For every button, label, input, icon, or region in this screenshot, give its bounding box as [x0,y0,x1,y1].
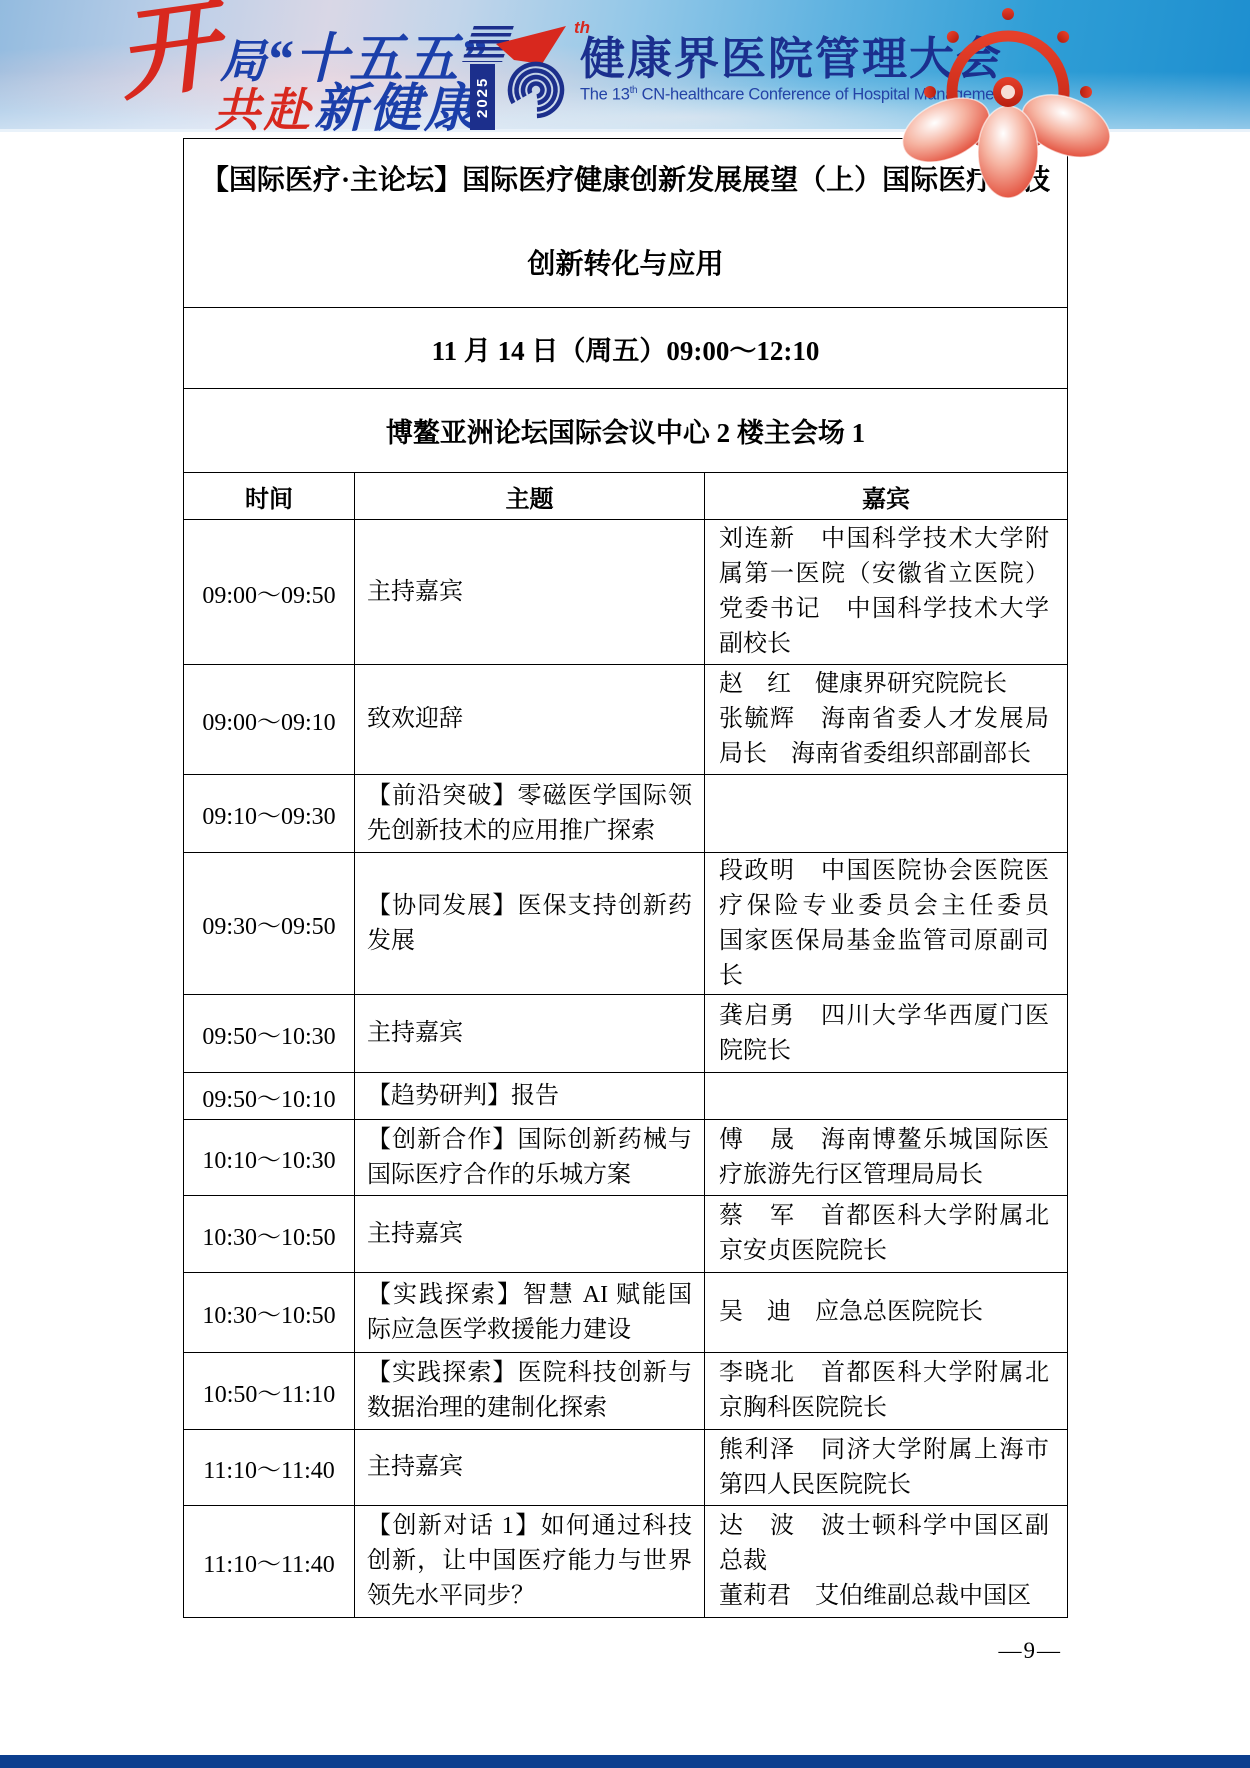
schedule-row: 09:00～09:50主持嘉宾刘连新 中国科学技术大学附属第一医院（安徽省立医院… [184,520,1068,665]
schedule-row: 11:10～11:40主持嘉宾熊利泽 同济大学附属上海市第四人民医院院长 [184,1430,1068,1506]
topic-cell: 【趋势研判】报告 [355,1073,705,1120]
session-venue-row: 博鳌亚洲论坛国际会议中心 2 楼主会场 1 [184,389,1068,473]
guest-cell: 蔡 军 首都医科大学附属北京安贞医院院长 [705,1196,1068,1273]
time-cell: 09:30～09:50 [184,853,355,995]
ship-wheel-flower-icon [882,6,1134,204]
logo-year-tab: 2025 [470,64,495,130]
guest-cell: 熊利泽 同济大学附属上海市第四人民医院院长 [705,1430,1068,1506]
schedule-row: 09:00～09:10致欢迎辞赵 红 健康界研究院院长张毓辉 海南省委人才发展局… [184,665,1068,775]
guest-cell: 李晓北 首都医科大学附属北京胸科医院院长 [705,1353,1068,1430]
session-datetime: 11 月 14 日（周五）09:00～12:10 [184,308,1068,389]
topic-cell: 主持嘉宾 [355,995,705,1073]
topic-cell: 【实践探索】医院科技创新与数据治理的建制化探索 [355,1353,705,1430]
session-venue: 博鳌亚洲论坛国际会议中心 2 楼主会场 1 [184,389,1068,473]
guest-entry: 刘连新 中国科学技术大学附属第一医院（安徽省立医院）党委书记 中国科学技术大学副… [719,522,1049,662]
guest-entry: 达 波 波士顿科学中国区副总裁 [719,1509,1049,1579]
guest-entry: 张毓辉 海南省委人才发展局局长 海南省委组织部副部长 [719,702,1049,772]
topic-cell: 主持嘉宾 [355,520,705,665]
guest-cell: 段政明 中国医院协会医院医疗保险专业委员会主任委员 国家医保局基金监管司原副司长 [705,853,1068,995]
guest-cell: 刘连新 中国科学技术大学附属第一医院（安徽省立医院）党委书记 中国科学技术大学副… [705,520,1068,665]
bottom-bar [0,1755,1250,1768]
schedule-row: 11:10～11:40【创新对话 1】如何通过科技创新，让中国医疗能力与世界领先… [184,1506,1068,1618]
page-number: —9— [999,1638,1063,1664]
guest-entry: 段政明 中国医院协会医院医疗保险专业委员会主任委员 国家医保局基金监管司原副司长 [719,854,1049,994]
schedule-row: 09:10～09:30【前沿突破】零磁医学国际领先创新技术的应用推广探索 [184,775,1068,853]
column-header-time: 时间 [184,473,355,520]
column-header-row: 时间 主题 嘉宾 [184,473,1068,520]
schedule-row: 09:50～10:10【趋势研判】报告 [184,1073,1068,1120]
time-cell: 09:50～10:30 [184,995,355,1073]
guest-cell: 傅 晟 海南博鳌乐城国际医疗旅游先行区管理局局长 [705,1120,1068,1196]
time-cell: 10:10～10:30 [184,1120,355,1196]
topic-cell: 致欢迎辞 [355,665,705,775]
topic-cell: 主持嘉宾 [355,1196,705,1273]
guest-entry: 赵 红 健康界研究院院长 [719,667,1049,702]
schedule-row: 10:50～11:10【实践探索】医院科技创新与数据治理的建制化探索李晓北 首都… [184,1353,1068,1430]
guest-entry: 李晓北 首都医科大学附属北京胸科医院院长 [719,1356,1049,1426]
time-cell: 10:30～10:50 [184,1196,355,1273]
title-en-prefix: The 13 [580,85,630,103]
topic-cell: 【实践探索】智慧 AI 赋能国际应急医学救援能力建设 [355,1273,705,1353]
time-cell: 11:10～11:40 [184,1506,355,1618]
time-cell: 09:10～09:30 [184,775,355,853]
schedule-row: 09:50～10:30主持嘉宾龚启勇 四川大学华西厦门医院院长 [184,995,1068,1073]
topic-cell: 【创新合作】国际创新药械与国际医疗合作的乐城方案 [355,1120,705,1196]
slogan-gongfu: 共赴 [214,85,314,136]
topic-cell: 【协同发展】医保支持创新药发展 [355,853,705,995]
topic-cell: 【前沿突破】零磁医学国际领先创新技术的应用推广探索 [355,775,705,853]
slogan-line-2: 共赴新健康 [214,66,479,141]
schedule-row: 10:30～10:50【实践探索】智慧 AI 赋能国际应急医学救援能力建设吴 迪… [184,1273,1068,1353]
guest-cell [705,775,1068,853]
time-cell: 09:00～09:50 [184,520,355,665]
guest-entry: 龚启勇 四川大学华西厦门医院院长 [719,999,1049,1069]
time-cell: 09:00～09:10 [184,665,355,775]
guest-entry: 董莉君 艾伯维副总裁中国区 [719,1579,1049,1614]
schedule-row: 09:30～09:50【协同发展】医保支持创新药发展段政明 中国医院协会医院医疗… [184,853,1068,995]
topic-cell: 【创新对话 1】如何通过科技创新，让中国医疗能力与世界领先水平同步？ [355,1506,705,1618]
guest-cell: 达 波 波士顿科学中国区副总裁董莉君 艾伯维副总裁中国区 [705,1506,1068,1618]
guest-entry: 蔡 军 首都医科大学附属北京安贞医院院长 [719,1199,1049,1269]
schedule-row: 10:10～10:30【创新合作】国际创新药械与国际医疗合作的乐城方案傅 晟 海… [184,1120,1068,1196]
guest-entry: 熊利泽 同济大学附属上海市第四人民医院院长 [719,1433,1049,1503]
guest-cell: 龚启勇 四川大学华西厦门医院院长 [705,995,1068,1073]
column-header-guest: 嘉宾 [705,473,1068,520]
schedule-row: 10:30～10:50主持嘉宾蔡 军 首都医科大学附属北京安贞医院院长 [184,1196,1068,1273]
time-cell: 10:50～11:10 [184,1353,355,1430]
guest-cell: 赵 红 健康界研究院院长张毓辉 海南省委人才发展局局长 海南省委组织部副部长 [705,665,1068,775]
banner: 开 局“十五五” 共赴新健康 2025 th 健康界医院管理大会 The 13t… [0,0,1250,130]
guest-entry: 傅 晟 海南博鳌乐城国际医疗旅游先行区管理局局长 [719,1123,1049,1193]
slogan-xinjiankang: 新健康 [314,81,479,138]
column-header-topic: 主题 [355,473,705,520]
logo-numeral-three [496,22,574,122]
topic-cell: 主持嘉宾 [355,1430,705,1506]
schedule-table: 【国际医疗·主论坛】国际医疗健康创新发展展望（上）国际医疗科技创新转化与应用 1… [183,138,1068,1618]
time-cell: 10:30～10:50 [184,1273,355,1353]
banner-slogan: 开 局“十五五” 共赴新健康 [118,8,488,126]
session-date-row: 11 月 14 日（周五）09:00～12:10 [184,308,1068,389]
time-cell: 11:10～11:40 [184,1430,355,1506]
guest-cell [705,1073,1068,1120]
guest-cell: 吴 迪 应急总医院院长 [705,1273,1068,1353]
guest-entry: 吴 迪 应急总医院院长 [719,1295,1049,1330]
slogan-char-kai: 开 [112,0,225,108]
time-cell: 09:50～10:10 [184,1073,355,1120]
